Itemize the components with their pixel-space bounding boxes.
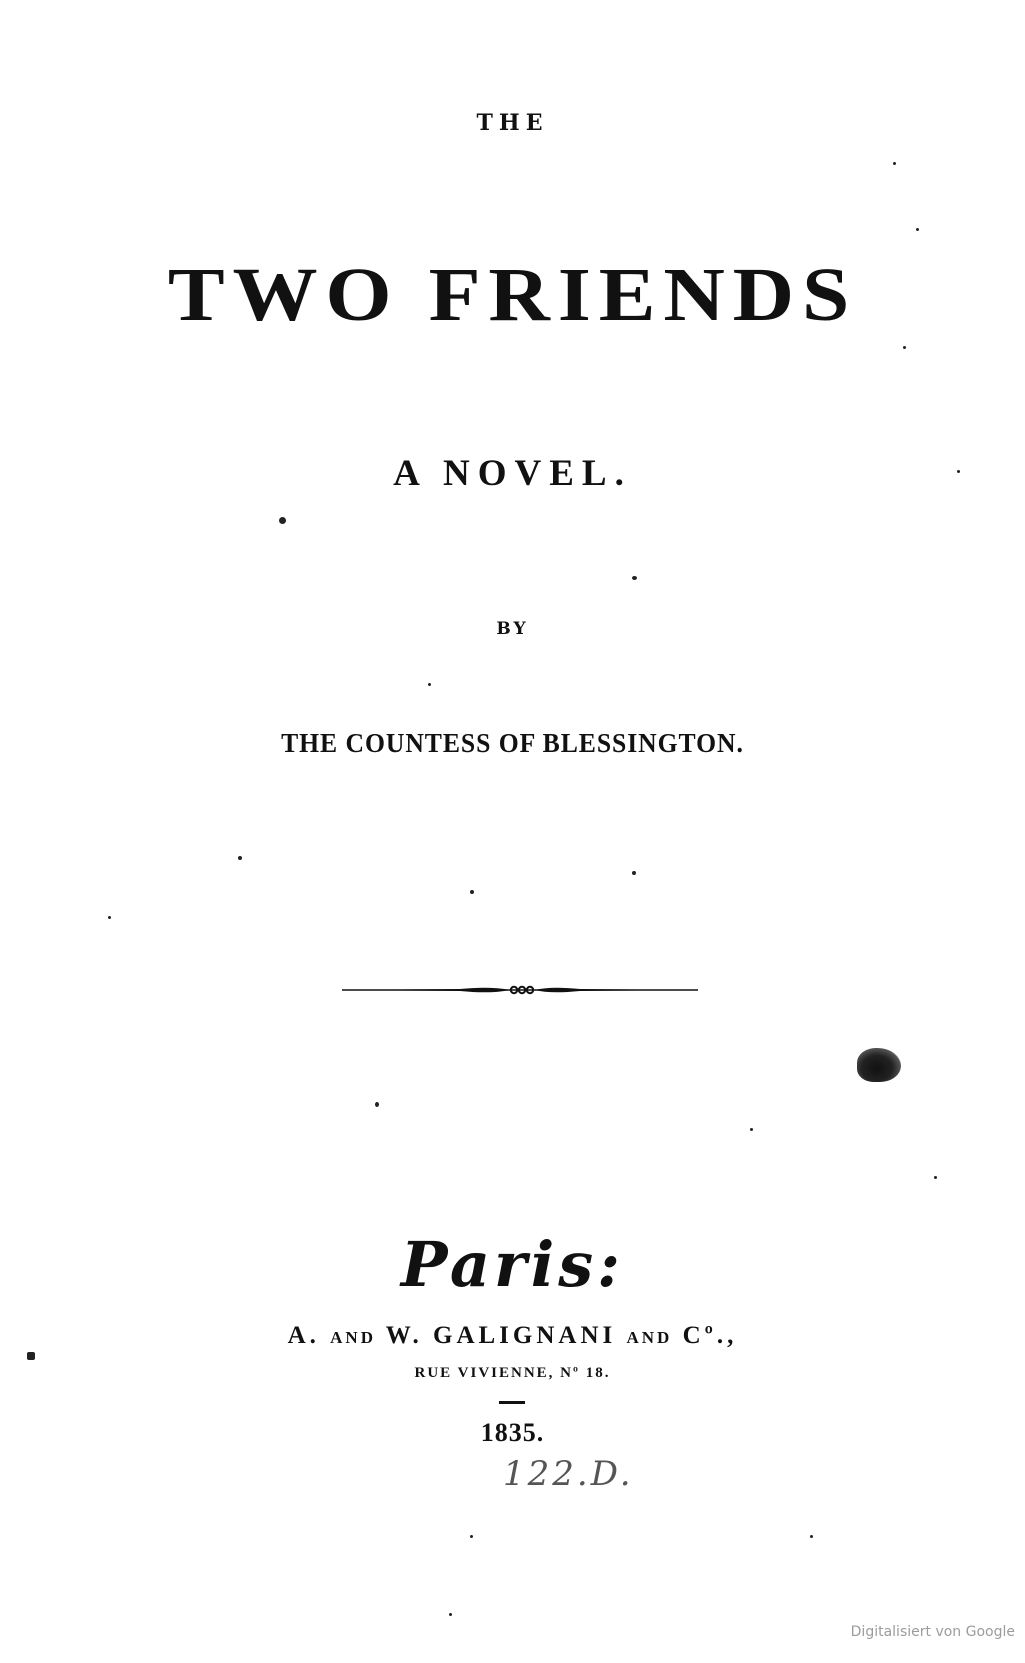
speck bbox=[375, 1102, 379, 1107]
speck bbox=[916, 228, 919, 231]
speck bbox=[27, 1352, 35, 1360]
scanned-title-page: THE TWO FRIENDS A NOVEL. BY THE COUNTESS… bbox=[0, 0, 1025, 1663]
speck bbox=[470, 890, 474, 894]
imprint-address: RUE VIVIENNE, Nº 18. bbox=[0, 1365, 1025, 1382]
short-rule bbox=[499, 1401, 525, 1404]
publisher-part: A. bbox=[288, 1322, 320, 1349]
imprint-publisher: A. AND W. GALIGNANI AND Cº., bbox=[0, 1322, 1025, 1350]
speck bbox=[449, 1613, 452, 1616]
pre-title: THE bbox=[0, 110, 1025, 136]
publisher-part: Cº., bbox=[683, 1322, 738, 1349]
speck bbox=[750, 1128, 753, 1131]
speck bbox=[903, 346, 906, 349]
speck bbox=[893, 162, 896, 165]
speck bbox=[108, 916, 111, 919]
publisher-part: AND bbox=[627, 1328, 673, 1347]
handwritten-shelfmark: 122.D. bbox=[503, 1454, 634, 1494]
ink-blot bbox=[857, 1048, 901, 1082]
imprint-place: Paris: bbox=[0, 1228, 1025, 1301]
author-name: THE COUNTESS OF BLESSINGTON. bbox=[26, 728, 1000, 759]
publisher-part: W. GALIGNANI bbox=[386, 1322, 616, 1349]
speck bbox=[470, 1535, 473, 1538]
speck bbox=[632, 576, 637, 580]
subtitle: A NOVEL. bbox=[0, 452, 1025, 495]
speck bbox=[632, 871, 636, 875]
speck bbox=[934, 1176, 937, 1179]
ornamental-rule-icon bbox=[340, 978, 700, 1002]
speck bbox=[238, 856, 242, 860]
book-title: TWO FRIENDS bbox=[0, 252, 1025, 339]
publisher-part: AND bbox=[330, 1328, 376, 1347]
speck bbox=[810, 1535, 813, 1538]
speck bbox=[428, 683, 431, 686]
by-label: BY bbox=[0, 619, 1025, 639]
digitization-watermark: Digitalisiert von Google bbox=[851, 1624, 1015, 1640]
imprint-year: 1835. bbox=[0, 1418, 1025, 1448]
speck bbox=[279, 517, 286, 524]
speck bbox=[957, 470, 960, 473]
